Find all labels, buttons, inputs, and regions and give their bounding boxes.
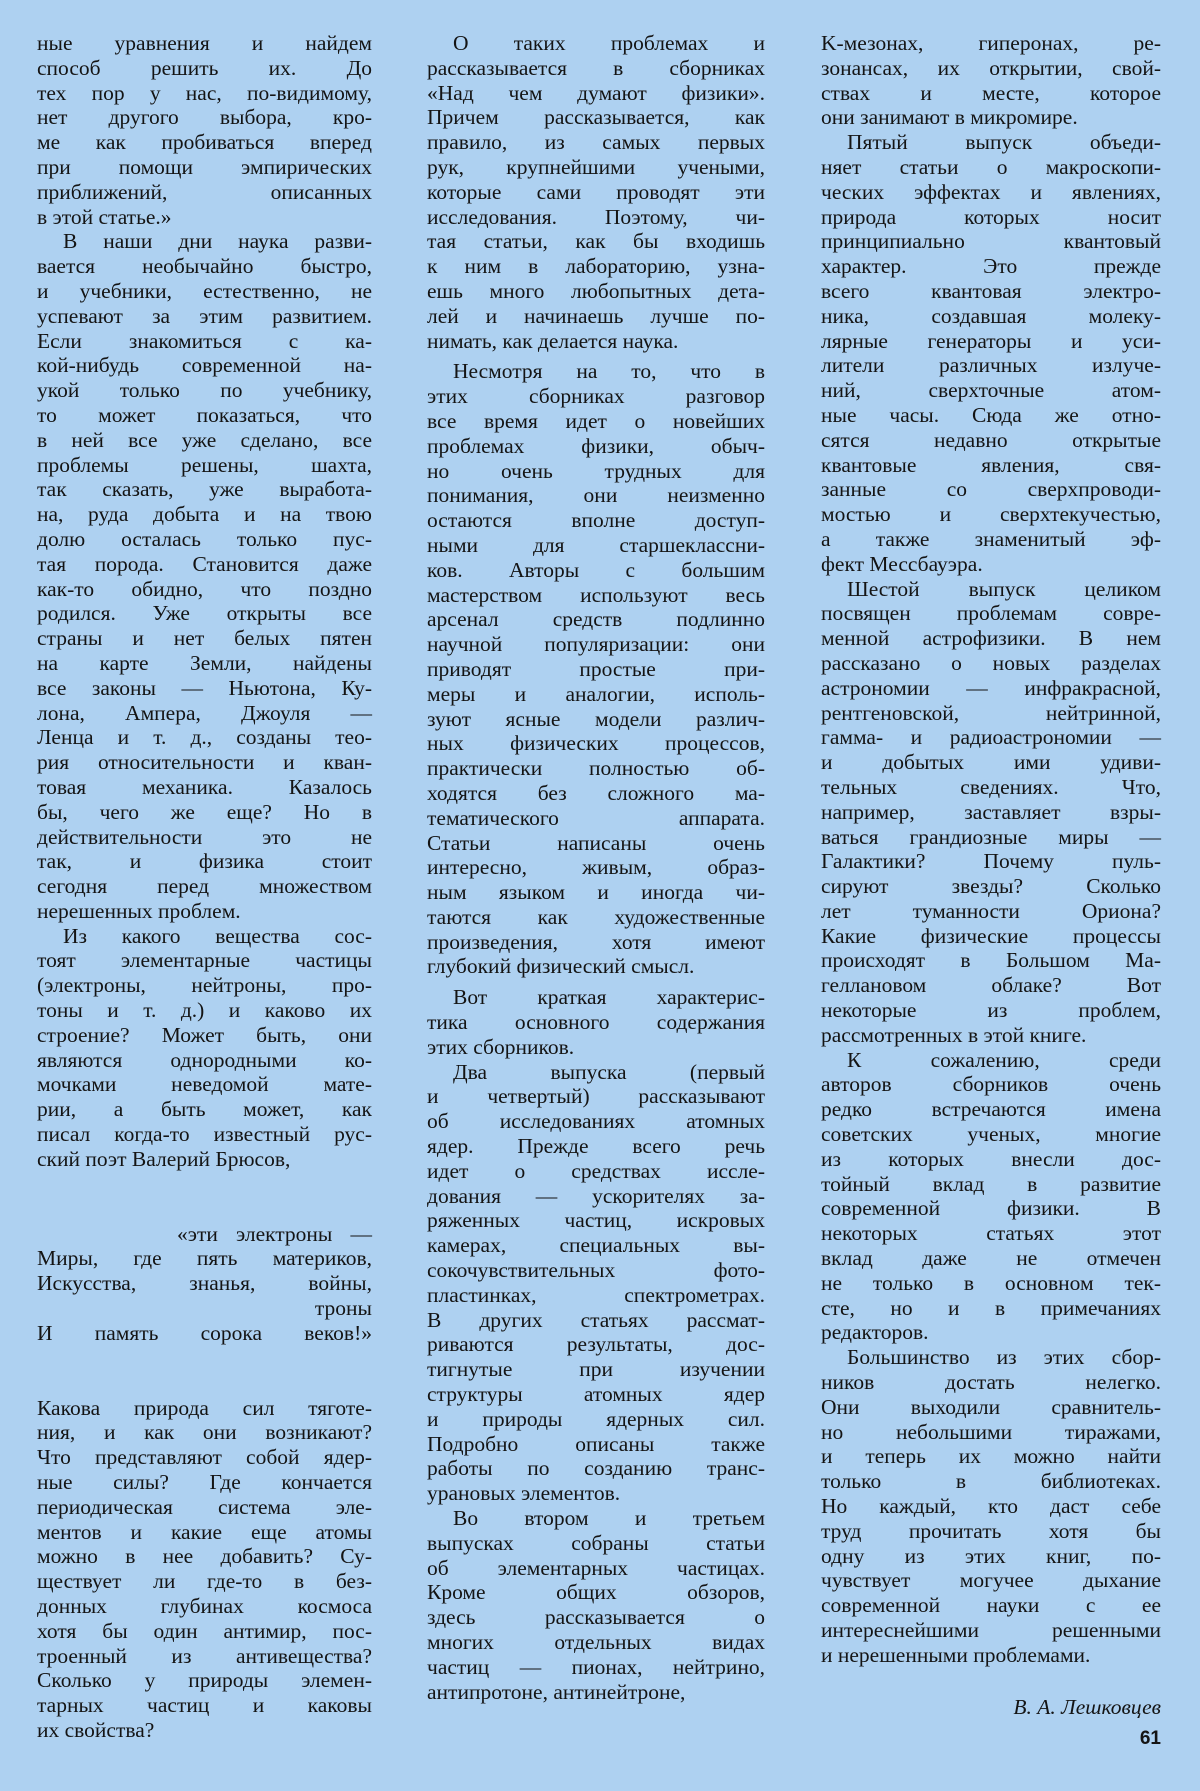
text-line: их свойства? (37, 1718, 372, 1743)
text-line: ний, сверхточные атом- (821, 378, 1161, 403)
text-line: интересно, живым, образ- (427, 855, 765, 880)
text-line: ваться грандиозные миры — (821, 825, 1161, 850)
text-line: геллановом облаке? Вот (821, 973, 1161, 998)
text-column-3: K-мезонах, гиперонах, ре-зонансах, их от… (821, 31, 1161, 1668)
text-line: рассказывается в сборниках (427, 56, 765, 81)
text-line: можно в нее добавить? Су- (37, 1544, 372, 1569)
text-line: и учебники, естественно, не (37, 279, 372, 304)
text-line: рук, крупнейшими учеными, (427, 155, 765, 180)
text-line: Во втором и третьем (427, 1506, 765, 1531)
text-line: Причем рассказывается, как (427, 105, 765, 130)
text-line: Ленца и т. д., созданы тео- (37, 725, 372, 750)
text-line: об исследованиях атомных (427, 1109, 765, 1134)
paragraph: Из какого вещества сос-тоят элементарные… (37, 924, 372, 1172)
text-line: они занимают в микромире. (821, 105, 1161, 130)
text-line: няет статьи о макроскопи- (821, 155, 1161, 180)
text-line: рассмотренных в этой книге. (821, 1023, 1161, 1048)
text-line: рассказано о новых разделах (821, 651, 1161, 676)
text-line: на, руда добыта и на твою (37, 502, 372, 527)
text-line: вклад даже не отмечен (821, 1246, 1161, 1271)
text-line: гамма- и радиоастрономии — (821, 725, 1161, 750)
text-line: в этой статье.» (37, 205, 372, 230)
text-line: успевают за этим развитием. (37, 304, 372, 329)
text-line: Шестой выпуск целиком (821, 577, 1161, 602)
text-line: Какова природа сил тяготе- (37, 1396, 372, 1421)
text-line: риваются результаты, дос- (427, 1332, 765, 1357)
text-line: строение? Может быть, они (37, 1023, 372, 1048)
text-line: камерах, специальных вы- (427, 1233, 765, 1258)
text-line: например, заставляет взры- (821, 800, 1161, 825)
text-line: Сколько у природы элемен- (37, 1668, 372, 1693)
text-line: редакторов. (821, 1320, 1161, 1345)
text-line: ческих эффектах и явлениях, (821, 180, 1161, 205)
paragraph: Несмотря на то, что вэтих сборниках разг… (427, 359, 765, 979)
text-line: тоны и т. д.) и каково их (37, 998, 372, 1023)
text-line: рии, а быть может, как (37, 1097, 372, 1122)
poem-line: Миры, где пять материков, (37, 1246, 372, 1271)
text-line: тельных сведениях. Что, (821, 775, 1161, 800)
text-line: происходят в Большом Ма- (821, 948, 1161, 973)
text-line: приближений, описанных (37, 180, 372, 205)
text-line: все законы — Ньютона, Ку- (37, 676, 372, 701)
page-number: 61 (1080, 1728, 1161, 1750)
text-line: К сожалению, среди (821, 1048, 1161, 1073)
paragraph: Пятый выпуск объеди-няет статьи о макрос… (821, 130, 1161, 576)
text-line: частиц — пионах, нейтрино, (427, 1655, 765, 1680)
text-line: ков. Авторы с большим (427, 558, 765, 583)
text-line: Какие физические процессы (821, 924, 1161, 949)
text-line: всего квантовая электро- (821, 279, 1161, 304)
text-line: Вот краткая характерис- (427, 985, 765, 1010)
text-line: хотя бы один антимир, пос- (37, 1619, 372, 1644)
text-line: некоторые из проблем, (821, 998, 1161, 1023)
text-line: товая механика. Казалось (37, 775, 372, 800)
text-line: лители различных излуче- (821, 353, 1161, 378)
text-line: Что представляют собой ядер- (37, 1445, 372, 1470)
text-line: периодическая система эле- (37, 1495, 372, 1520)
text-line: остаются вполне доступ- (427, 508, 765, 533)
text-line: на карте Земли, найдены (37, 651, 372, 676)
text-line: здесь рассказывается о (427, 1605, 765, 1630)
text-line: характер. Это прежде (821, 254, 1161, 279)
text-line: ные уравнения и найдем (37, 31, 372, 56)
text-line: как-то обидно, что поздно (37, 577, 372, 602)
text-line: и теперь их можно найти (821, 1444, 1161, 1469)
text-line: редко встречаются имена (821, 1097, 1161, 1122)
poem-quote: «эти электроны —Миры, где пять материков… (37, 1222, 372, 1346)
text-line: K-мезонах, гиперонах, ре- (821, 31, 1161, 56)
text-line: и добытых ими удиви- (821, 750, 1161, 775)
text-line: нерешенных проблем. (37, 899, 372, 924)
text-line: ряженных частиц, искровых (427, 1208, 765, 1233)
text-line: в ней все уже сделано, все (37, 428, 372, 453)
text-line: этих сборников. (427, 1035, 765, 1060)
text-line: Статьи написаны очень (427, 831, 765, 856)
text-line: при помощи эмпирических (37, 155, 372, 180)
text-line: Если знакомиться с ка- (37, 329, 372, 354)
paragraph: K-мезонах, гиперонах, ре-зонансах, их от… (821, 31, 1161, 130)
text-line: зуют ясные модели различ- (427, 707, 765, 732)
text-line: занные со сверхпроводи- (821, 477, 1161, 502)
text-line: способ решить их. До (37, 56, 372, 81)
text-line: ствах и месте, которое (821, 81, 1161, 106)
text-line: троенный из антивещества? (37, 1644, 372, 1669)
text-line: сегодня перед множеством (37, 874, 372, 899)
text-line: (электроны, нейтроны, про- (37, 973, 372, 998)
text-line: глубокий физический смысл. (427, 954, 765, 979)
text-line: Из какого вещества сос- (37, 924, 372, 949)
text-line: структуры атомных ядер (427, 1382, 765, 1407)
text-line: из которых внесли дос- (821, 1147, 1161, 1172)
text-line: авторов сборников очень (821, 1072, 1161, 1097)
text-line: рентгеновской, нейтринной, (821, 701, 1161, 726)
text-line: к ним в лабораторию, узна- (427, 254, 765, 279)
text-line: советских ученых, многие (821, 1122, 1161, 1147)
text-line: работы по созданию транс- (427, 1456, 765, 1481)
text-line: некоторых статьях этот (821, 1221, 1161, 1246)
text-line: но небольшими тиражами, (821, 1420, 1161, 1445)
text-line: об элементарных частицах. (427, 1556, 765, 1581)
text-line: ных физических процессов, (427, 731, 765, 756)
paragraph: О таких проблемах ирассказывается в сбор… (427, 31, 765, 353)
text-line: лет туманности Ориона? (821, 899, 1161, 924)
text-line: «Над чем думают физики». (427, 81, 765, 106)
text-line: ника, создавшая молеку- (821, 304, 1161, 329)
text-line: Подробно описаны также (427, 1432, 765, 1457)
text-line: В других статьях рассмат- (427, 1308, 765, 1333)
text-line: а также знаменитый эф- (821, 527, 1161, 552)
text-line: сируют звезды? Сколько (821, 874, 1161, 899)
text-line: урановых элементов. (427, 1481, 765, 1506)
text-line: сятся недавно открытые (821, 428, 1161, 453)
text-line: Два выпуска (первый (427, 1060, 765, 1085)
text-line: только в библиотеках. (821, 1469, 1161, 1494)
text-line: Пятый выпуск объеди- (821, 130, 1161, 155)
text-line: являются однородными ко- (37, 1048, 372, 1073)
text-line: лей и начинаешь лучше по- (427, 304, 765, 329)
text-line: рия относительности и кван- (37, 750, 372, 775)
text-line: современной науки с ее (821, 1593, 1161, 1618)
text-line: квантовые явления, свя- (821, 453, 1161, 478)
text-line: практически полностью об- (427, 756, 765, 781)
text-line: приводят простые при- (427, 657, 765, 682)
text-line: лона, Ампера, Джоуля — (37, 701, 372, 726)
text-line: Большинство из этих сбор- (821, 1345, 1161, 1370)
text-line: и нерешенными проблемами. (821, 1643, 1161, 1668)
text-line: многих отдельных видах (427, 1630, 765, 1655)
text-line: ными для старшеклассни- (427, 533, 765, 558)
text-line: арсенал средств подлинно (427, 607, 765, 632)
text-line: действительности это не (37, 825, 372, 850)
text-line: укой только по учебнику, (37, 378, 372, 403)
poem-line: троны (37, 1296, 372, 1321)
text-line: проблемах физики, обыч- (427, 434, 765, 459)
paragraph: Шестой выпуск целикомпосвящен проблемам … (821, 577, 1161, 1048)
text-line: Галактики? Почему пуль- (821, 849, 1161, 874)
text-line: ешь много любопытных дета- (427, 279, 765, 304)
text-line: все время идет о новейших (427, 409, 765, 434)
text-line: дования — ускорителях за- (427, 1184, 765, 1209)
text-line: но очень трудных для (427, 459, 765, 484)
paragraph: Какова природа сил тяготе-ния, и как они… (37, 1396, 372, 1743)
text-line: этих сборниках разговор (427, 384, 765, 409)
text-line: фект Мессбауэра. (821, 552, 1161, 577)
text-line: ные силы? Где кончается (37, 1470, 372, 1495)
text-line: тех пор у нас, по-видимому, (37, 81, 372, 106)
text-line: мочками неведомой мате- (37, 1072, 372, 1097)
paragraph: К сожалению, средиавторов сборников очен… (821, 1048, 1161, 1346)
text-line: донных глубинах космоса (37, 1594, 372, 1619)
text-line: понимания, они неизменно (427, 483, 765, 508)
text-line: меры и аналогии, исполь- (427, 682, 765, 707)
paragraph: Два выпуска (первыйи четвертый) рассказы… (427, 1060, 765, 1506)
text-line: тойный вклад в развитие (821, 1172, 1161, 1197)
text-column-2: О таких проблемах ирассказывается в сбор… (427, 31, 765, 1704)
text-line: Кроме общих обзоров, (427, 1580, 765, 1605)
text-line: долю осталась только пус- (37, 527, 372, 552)
text-line: ществует ли где-то в без- (37, 1569, 372, 1594)
text-line: ным языком и иногда чи- (427, 880, 765, 905)
text-line: страны и нет белых пятен (37, 626, 372, 651)
text-line: принципиально квантовый (821, 229, 1161, 254)
paragraph: В наши дни наука разви-вается необычайно… (37, 229, 372, 923)
text-line: Они выходили сравнитель- (821, 1395, 1161, 1420)
text-line: правило, из самых первых (427, 130, 765, 155)
paragraph: Вот краткая характерис-тика основного со… (427, 985, 765, 1059)
text-line: В наши дни наука разви- (37, 229, 372, 254)
text-line: тая статьи, как бы входишь (427, 229, 765, 254)
poem-line: И память сорока веков!» (37, 1321, 372, 1346)
text-line: вается необычайно быстро, (37, 254, 372, 279)
paragraph: ные уравнения и найдемспособ решить их. … (37, 31, 372, 229)
text-line: природа которых носит (821, 205, 1161, 230)
text-line: писал когда-то известный рус- (37, 1122, 372, 1147)
text-line: проблемы решены, шахта, (37, 453, 372, 478)
text-line: нет другого выбора, кро- (37, 105, 372, 130)
text-line: ментов и какие еще атомы (37, 1520, 372, 1545)
text-line: Несмотря на то, что в (427, 359, 765, 384)
text-line: ме как пробиваться вперед (37, 130, 372, 155)
text-line: исследования. Поэтому, чи- (427, 205, 765, 230)
text-line: так, и физика стоит (37, 849, 372, 874)
paragraph: Во втором и третьемвыпусках собраны стат… (427, 1506, 765, 1704)
text-line: так сказать, уже выработа- (37, 477, 372, 502)
text-line: лярные генераторы и уси- (821, 329, 1161, 354)
text-line: сте, но и в примечаниях (821, 1296, 1161, 1321)
text-line: нимать, как делается наука. (427, 329, 765, 354)
poem-line: «эти электроны — (37, 1222, 372, 1247)
text-line: не только в основном тек- (821, 1271, 1161, 1296)
text-line: тематического аппарата. (427, 806, 765, 831)
text-line: ные часы. Сюда же отно- (821, 403, 1161, 428)
text-line: выпусках собраны статьи (427, 1531, 765, 1556)
text-line: произведения, хотя имеют (427, 930, 765, 955)
text-line: тигнутые при изучении (427, 1357, 765, 1382)
text-line: ния, и как они возникают? (37, 1420, 372, 1445)
text-line: сокочувствительных фото- (427, 1258, 765, 1283)
text-line: современной физики. В (821, 1196, 1161, 1221)
text-line: которые сами проводят эти (427, 180, 765, 205)
paragraph: Большинство из этих сбор-ников достать н… (821, 1345, 1161, 1667)
text-line: пластинках, спектрометрах. (427, 1283, 765, 1308)
text-line: менной астрофизики. В нем (821, 626, 1161, 651)
text-line: О таких проблемах и (427, 31, 765, 56)
text-line: идет о средствах иссле- (427, 1159, 765, 1184)
text-line: бы, чего же еще? Но в (37, 800, 372, 825)
text-line: и четвертый) рассказывают (427, 1084, 765, 1109)
text-line: тика основного содержания (427, 1010, 765, 1035)
text-line: антипротоне, антинейтроне, (427, 1680, 765, 1705)
author-signature: В. А. Лешковцев (821, 1694, 1161, 1720)
text-line: астрономии — инфракрасной, (821, 676, 1161, 701)
text-line: одну из этих книг, по- (821, 1544, 1161, 1569)
text-line: посвящен проблемам совре- (821, 601, 1161, 626)
text-line: чувствует могучее дыхание (821, 1568, 1161, 1593)
text-column-1: ные уравнения и найдемспособ решить их. … (37, 31, 372, 1743)
text-line: то может показаться, что (37, 403, 372, 428)
text-line: родился. Уже открыты все (37, 601, 372, 626)
text-line: таются как художественные (427, 905, 765, 930)
text-line: научной популяризации: они (427, 632, 765, 657)
poem-line: Искусства, знанья, войны, (37, 1271, 372, 1296)
text-line: ядер. Прежде всего речь (427, 1134, 765, 1159)
text-line: тоят элементарные частицы (37, 948, 372, 973)
text-line: труд прочитать хотя бы (821, 1519, 1161, 1544)
text-line: мостью и сверхтекучестью, (821, 502, 1161, 527)
text-line: ходятся без сложного ма- (427, 781, 765, 806)
text-line: Но каждый, кто даст себе (821, 1494, 1161, 1519)
text-line: тарных частиц и каковы (37, 1693, 372, 1718)
text-line: ский поэт Валерий Брюсов, (37, 1147, 372, 1172)
text-line: кой-нибудь современной на- (37, 353, 372, 378)
text-line: и природы ядерных сил. (427, 1407, 765, 1432)
text-line: интереснейшими решенными (821, 1618, 1161, 1643)
text-line: тая порода. Становится даже (37, 552, 372, 577)
text-line: мастерством используют весь (427, 583, 765, 608)
text-line: ников достать нелегко. (821, 1370, 1161, 1395)
text-line: зонансах, их открытии, свой- (821, 56, 1161, 81)
